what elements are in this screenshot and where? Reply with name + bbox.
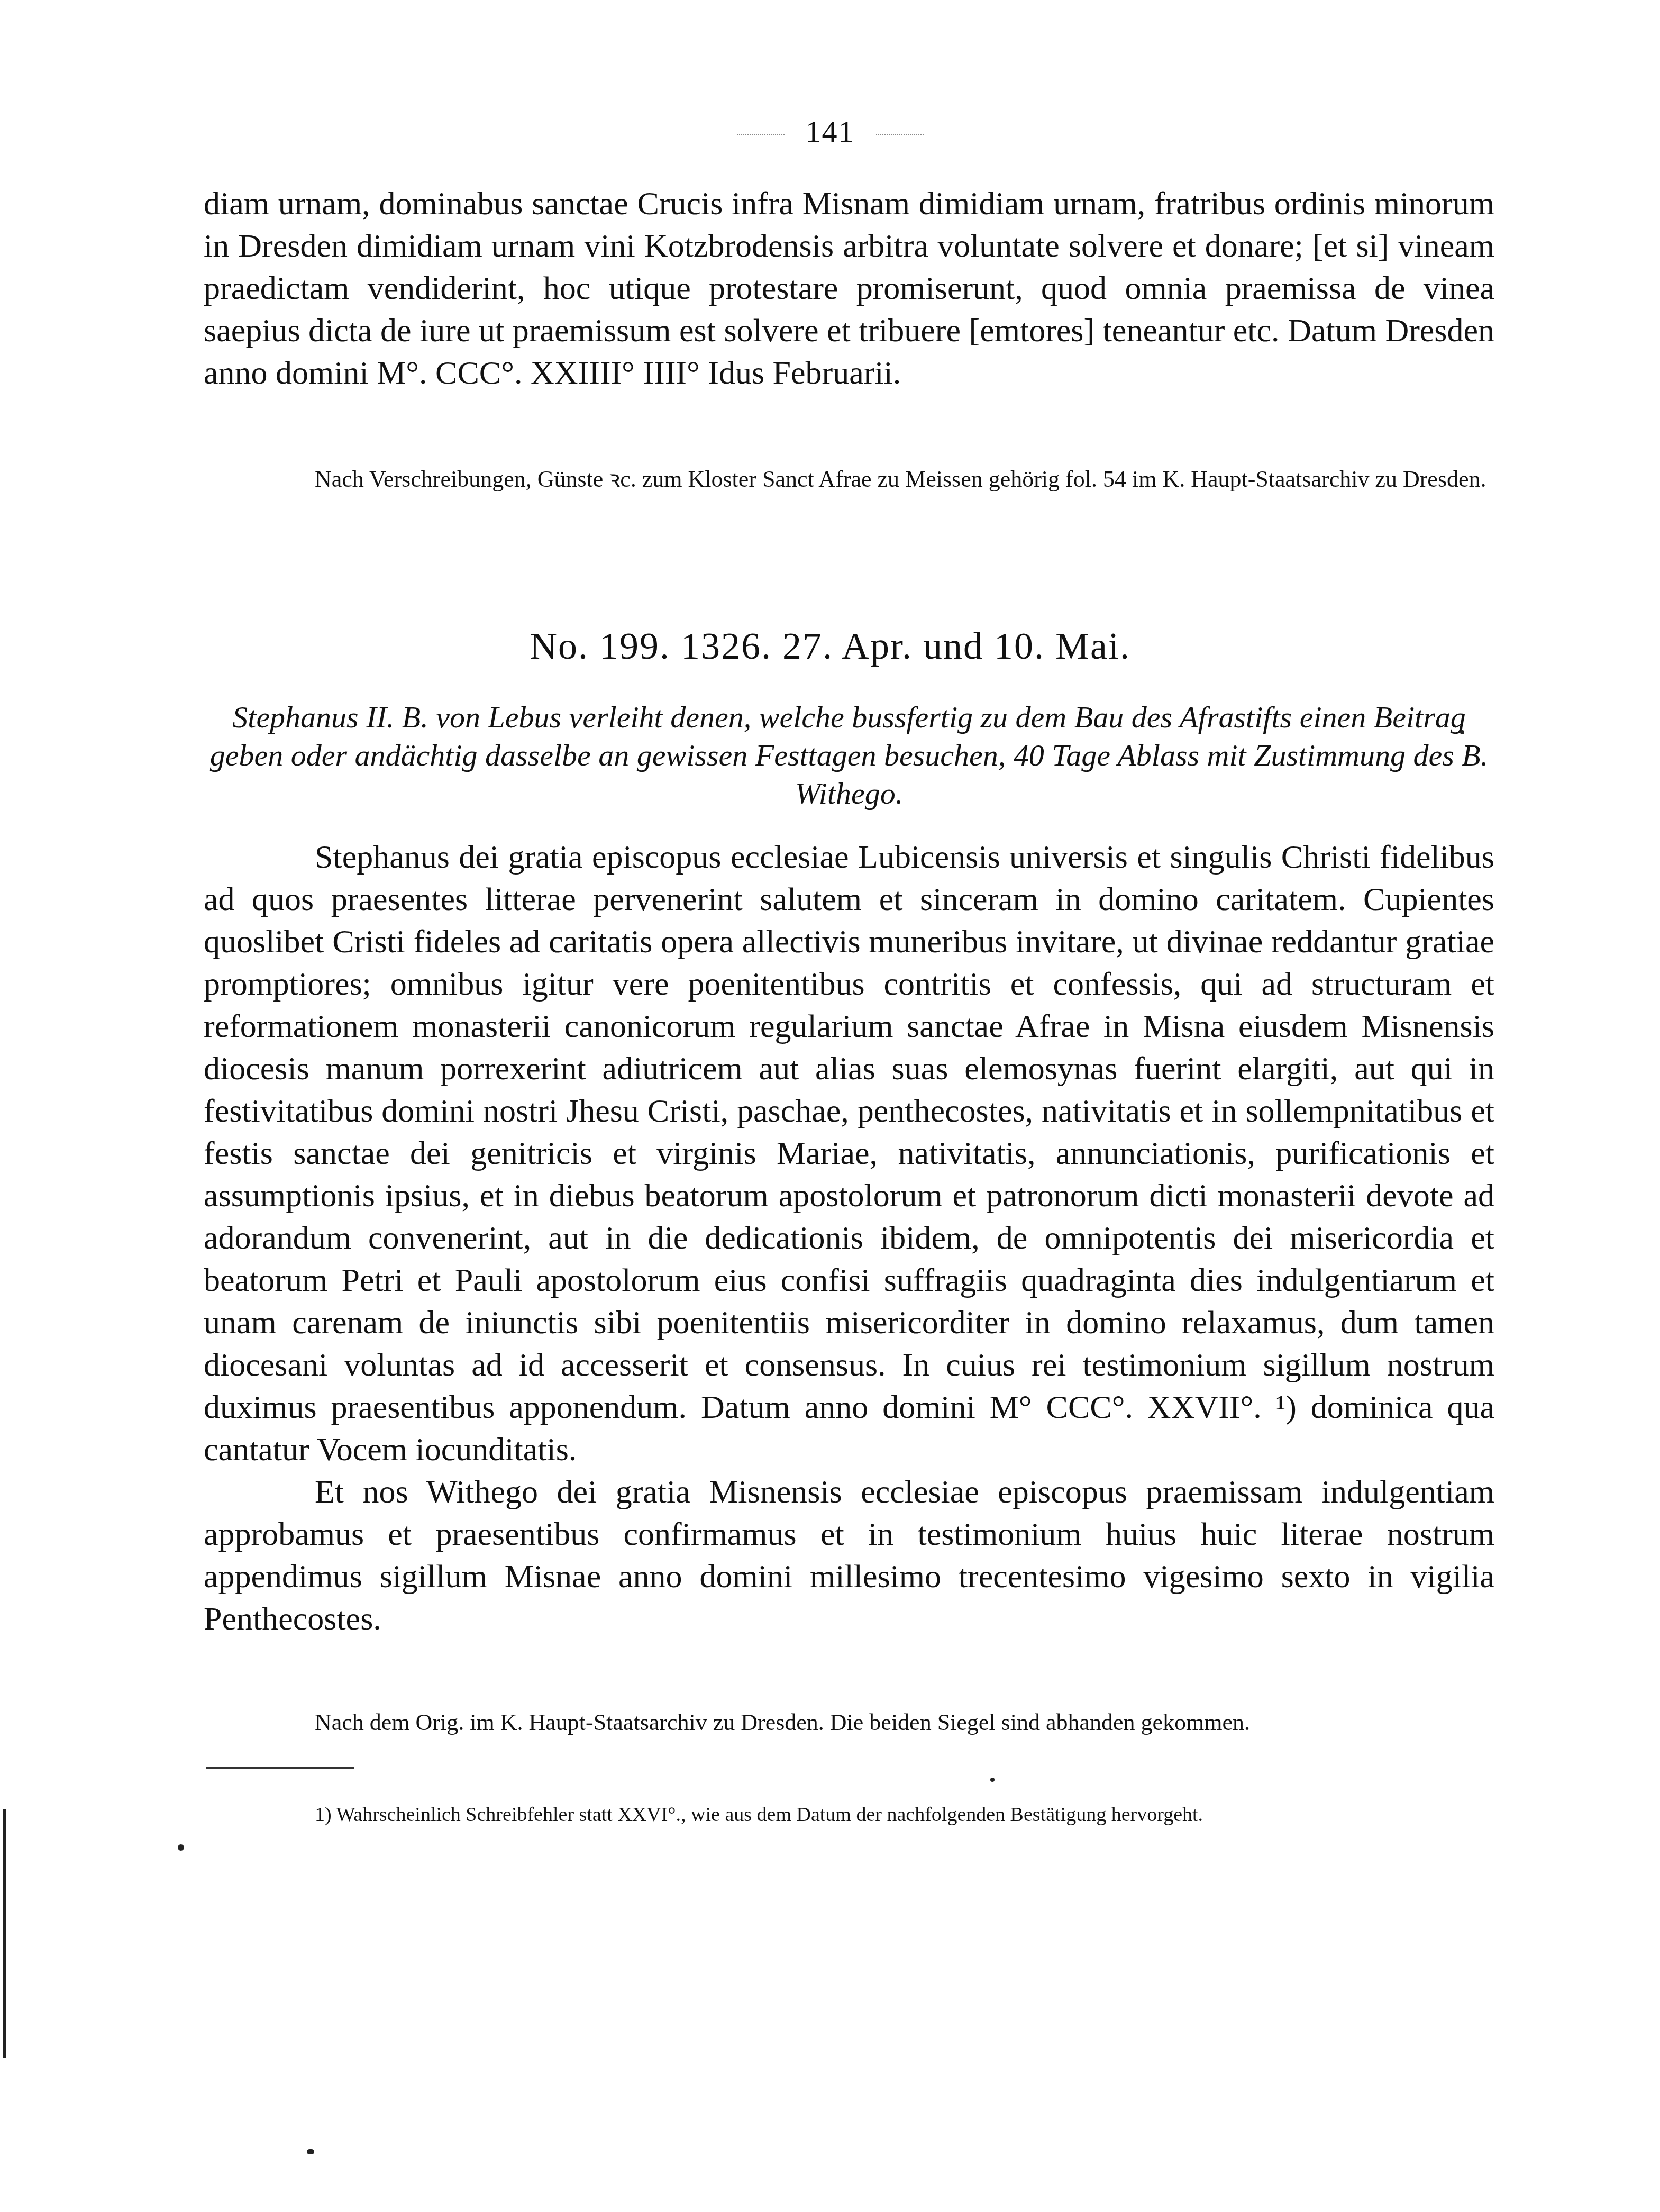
- header-rule-left: [737, 134, 785, 135]
- continuation-source-note: Nach Verschreibungen, Günste ꝛc. zum Klo…: [204, 463, 1494, 496]
- page-number: 141: [806, 114, 855, 149]
- document-body: Stephanus dei gratia episcopus ecclesiae…: [204, 836, 1494, 1640]
- page-number-header: 141: [0, 114, 1660, 149]
- continuation-text: diam urnam, dominabus sanctae Crucis inf…: [204, 183, 1494, 394]
- document-paragraph: Et nos Withego dei gratia Misnensis eccl…: [204, 1471, 1494, 1640]
- scan-edge-mark: [3, 1809, 6, 2058]
- continuation-paragraph: diam urnam, dominabus sanctae Crucis inf…: [204, 183, 1494, 394]
- document-title: No. 199. 1326. 27. Apr. und 10. Mai.: [0, 624, 1660, 668]
- scan-speck: [1460, 730, 1464, 734]
- scan-speck: [990, 1778, 995, 1782]
- footnote: 1) Wahrscheinlich Schreibfehler statt XX…: [315, 1801, 1203, 1828]
- document-regest: Stephanus II. B. von Lebus verleiht dene…: [204, 698, 1494, 813]
- footnote-divider: [206, 1767, 354, 1769]
- source-note-text: Nach Verschreibungen, Günste ꝛc. zum Klo…: [204, 463, 1494, 496]
- document-source-note: Nach dem Orig. im K. Haupt-Staatsarchiv …: [204, 1706, 1494, 1739]
- header-rule-right: [876, 134, 924, 135]
- source-note-text: Nach dem Orig. im K. Haupt-Staatsarchiv …: [204, 1706, 1494, 1739]
- scan-speck: [178, 1844, 184, 1851]
- document-paragraph: Stephanus dei gratia episcopus ecclesiae…: [204, 836, 1494, 1471]
- scan-speck: [307, 2149, 314, 2154]
